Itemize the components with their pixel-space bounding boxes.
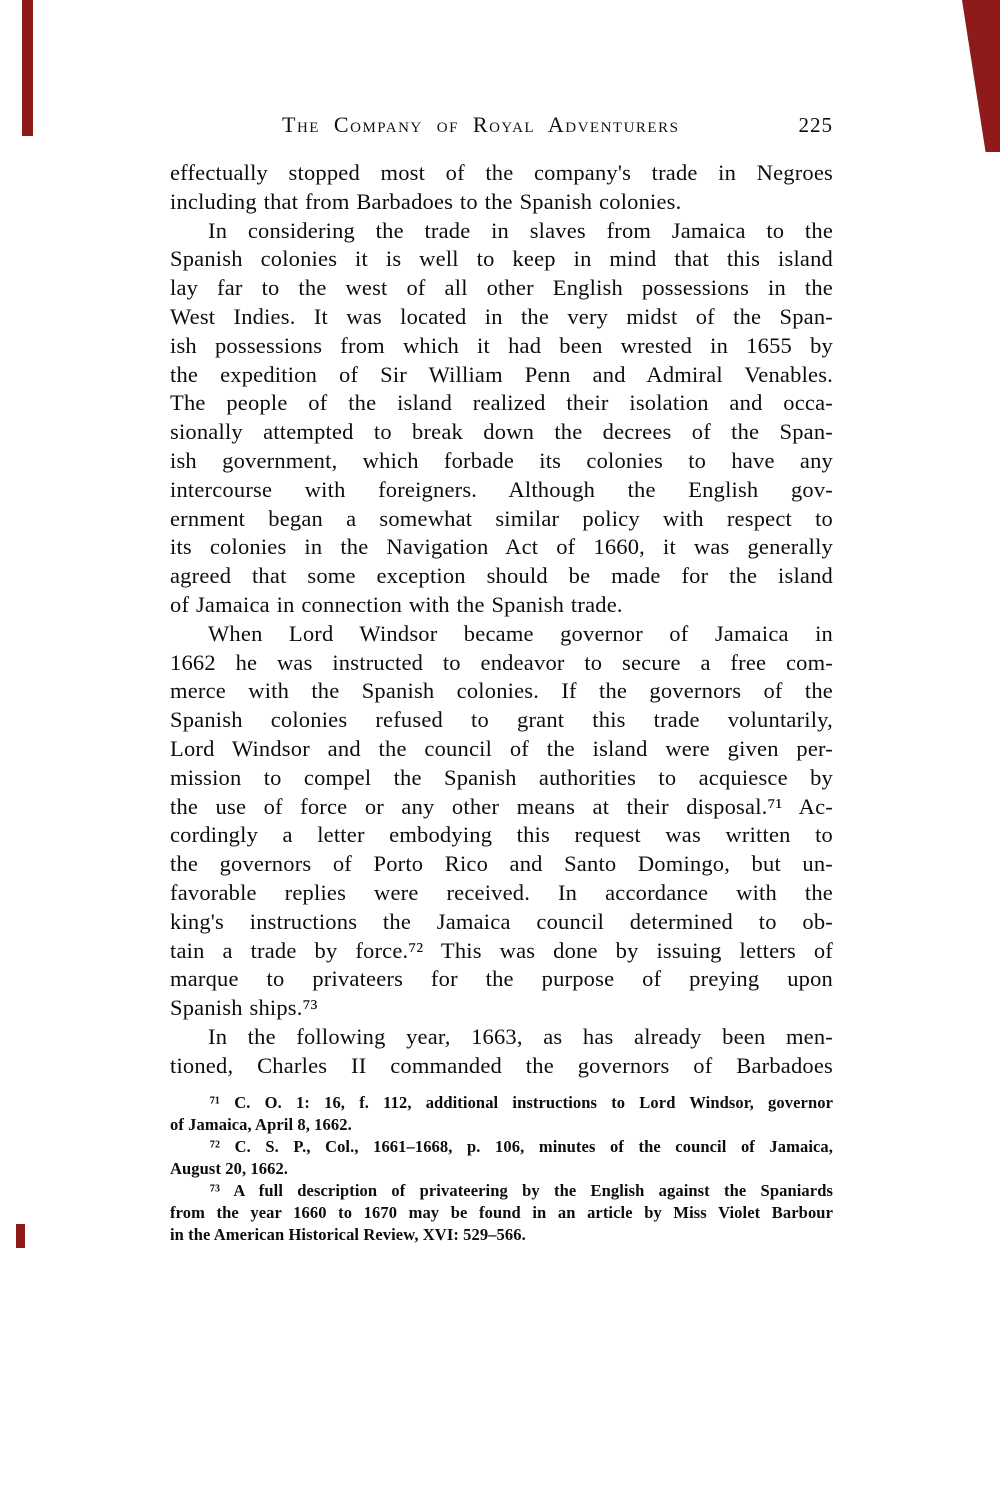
body-line: In the following year, 1663, as has alre…: [170, 1023, 833, 1052]
body-line: marque to privateers for the purpose of …: [170, 965, 833, 994]
body-line: intercourse with foreigners. Although th…: [170, 476, 833, 505]
book-page: The Company of Royal Adventurers 225 eff…: [0, 0, 1000, 1485]
body-line: lay far to the west of all other English…: [170, 274, 833, 303]
body-line: effectually stopped most of the company'…: [170, 159, 833, 188]
body-line: ish government, which forbade its coloni…: [170, 447, 833, 476]
body-line: including that from Barbadoes to the Spa…: [170, 188, 833, 217]
footnote-line: ⁷³ A full description of privateering by…: [170, 1180, 833, 1202]
body-line: When Lord Windsor became governor of Jam…: [170, 620, 833, 649]
footnote-line: ⁷² C. S. P., Col., 1661–1668, p. 106, mi…: [170, 1136, 833, 1158]
footnote-line: from the year 1660 to 1670 may be found …: [170, 1202, 833, 1224]
body-line: of Jamaica in connection with the Spanis…: [170, 591, 833, 620]
body-line: tain a trade by force.⁷² This was done b…: [170, 937, 833, 966]
body-line: the governors of Porto Rico and Santo Do…: [170, 850, 833, 879]
body-line: sionally attempted to break down the dec…: [170, 418, 833, 447]
body-line: ish possessions from which it had been w…: [170, 332, 833, 361]
page-title: The Company of Royal Adventurers: [282, 112, 679, 138]
body-line: Spanish colonies it is well to keep in m…: [170, 245, 833, 274]
body-line: Lord Windsor and the council of the isla…: [170, 735, 833, 764]
body-line: the use of force or any other means at t…: [170, 793, 833, 822]
body-line: king's instructions the Jamaica council …: [170, 908, 833, 937]
scan-artifact-left-bottom: [16, 1224, 25, 1248]
page-body: effectually stopped most of the company'…: [170, 159, 833, 1081]
scan-artifact-right-top: [962, 0, 1000, 152]
body-line: tioned, Charles II commanded the governo…: [170, 1052, 833, 1081]
body-line: 1662 he was instructed to endeavor to se…: [170, 649, 833, 678]
body-line: cordingly a letter embodying this reques…: [170, 821, 833, 850]
body-line: Spanish colonies refused to grant this t…: [170, 706, 833, 735]
scan-artifact-left-top: [22, 0, 33, 136]
footnote-line: ⁷¹ C. O. 1: 16, f. 112, additional instr…: [170, 1092, 833, 1114]
footnote-line: August 20, 1662.: [170, 1158, 833, 1180]
footnote-line: of Jamaica, April 8, 1662.: [170, 1114, 833, 1136]
body-line: West Indies. It was located in the very …: [170, 303, 833, 332]
running-header: The Company of Royal Adventurers 225: [170, 112, 833, 144]
body-line: In considering the trade in slaves from …: [170, 217, 833, 246]
body-line: Spanish ships.⁷³: [170, 994, 833, 1023]
page-number: 225: [799, 113, 834, 138]
body-line: merce with the Spanish colonies. If the …: [170, 677, 833, 706]
body-line: the expedition of Sir William Penn and A…: [170, 361, 833, 390]
body-line: mission to compel the Spanish authoritie…: [170, 764, 833, 793]
footnote-line: in the American Historical Review, XVI: …: [170, 1224, 833, 1246]
body-line: agreed that some exception should be mad…: [170, 562, 833, 591]
body-line: ernment began a somewhat similar policy …: [170, 505, 833, 534]
body-line: its colonies in the Navigation Act of 16…: [170, 533, 833, 562]
footnotes: ⁷¹ C. O. 1: 16, f. 112, additional instr…: [170, 1092, 833, 1246]
body-line: The people of the island realized their …: [170, 389, 833, 418]
body-line: favorable replies were received. In acco…: [170, 879, 833, 908]
